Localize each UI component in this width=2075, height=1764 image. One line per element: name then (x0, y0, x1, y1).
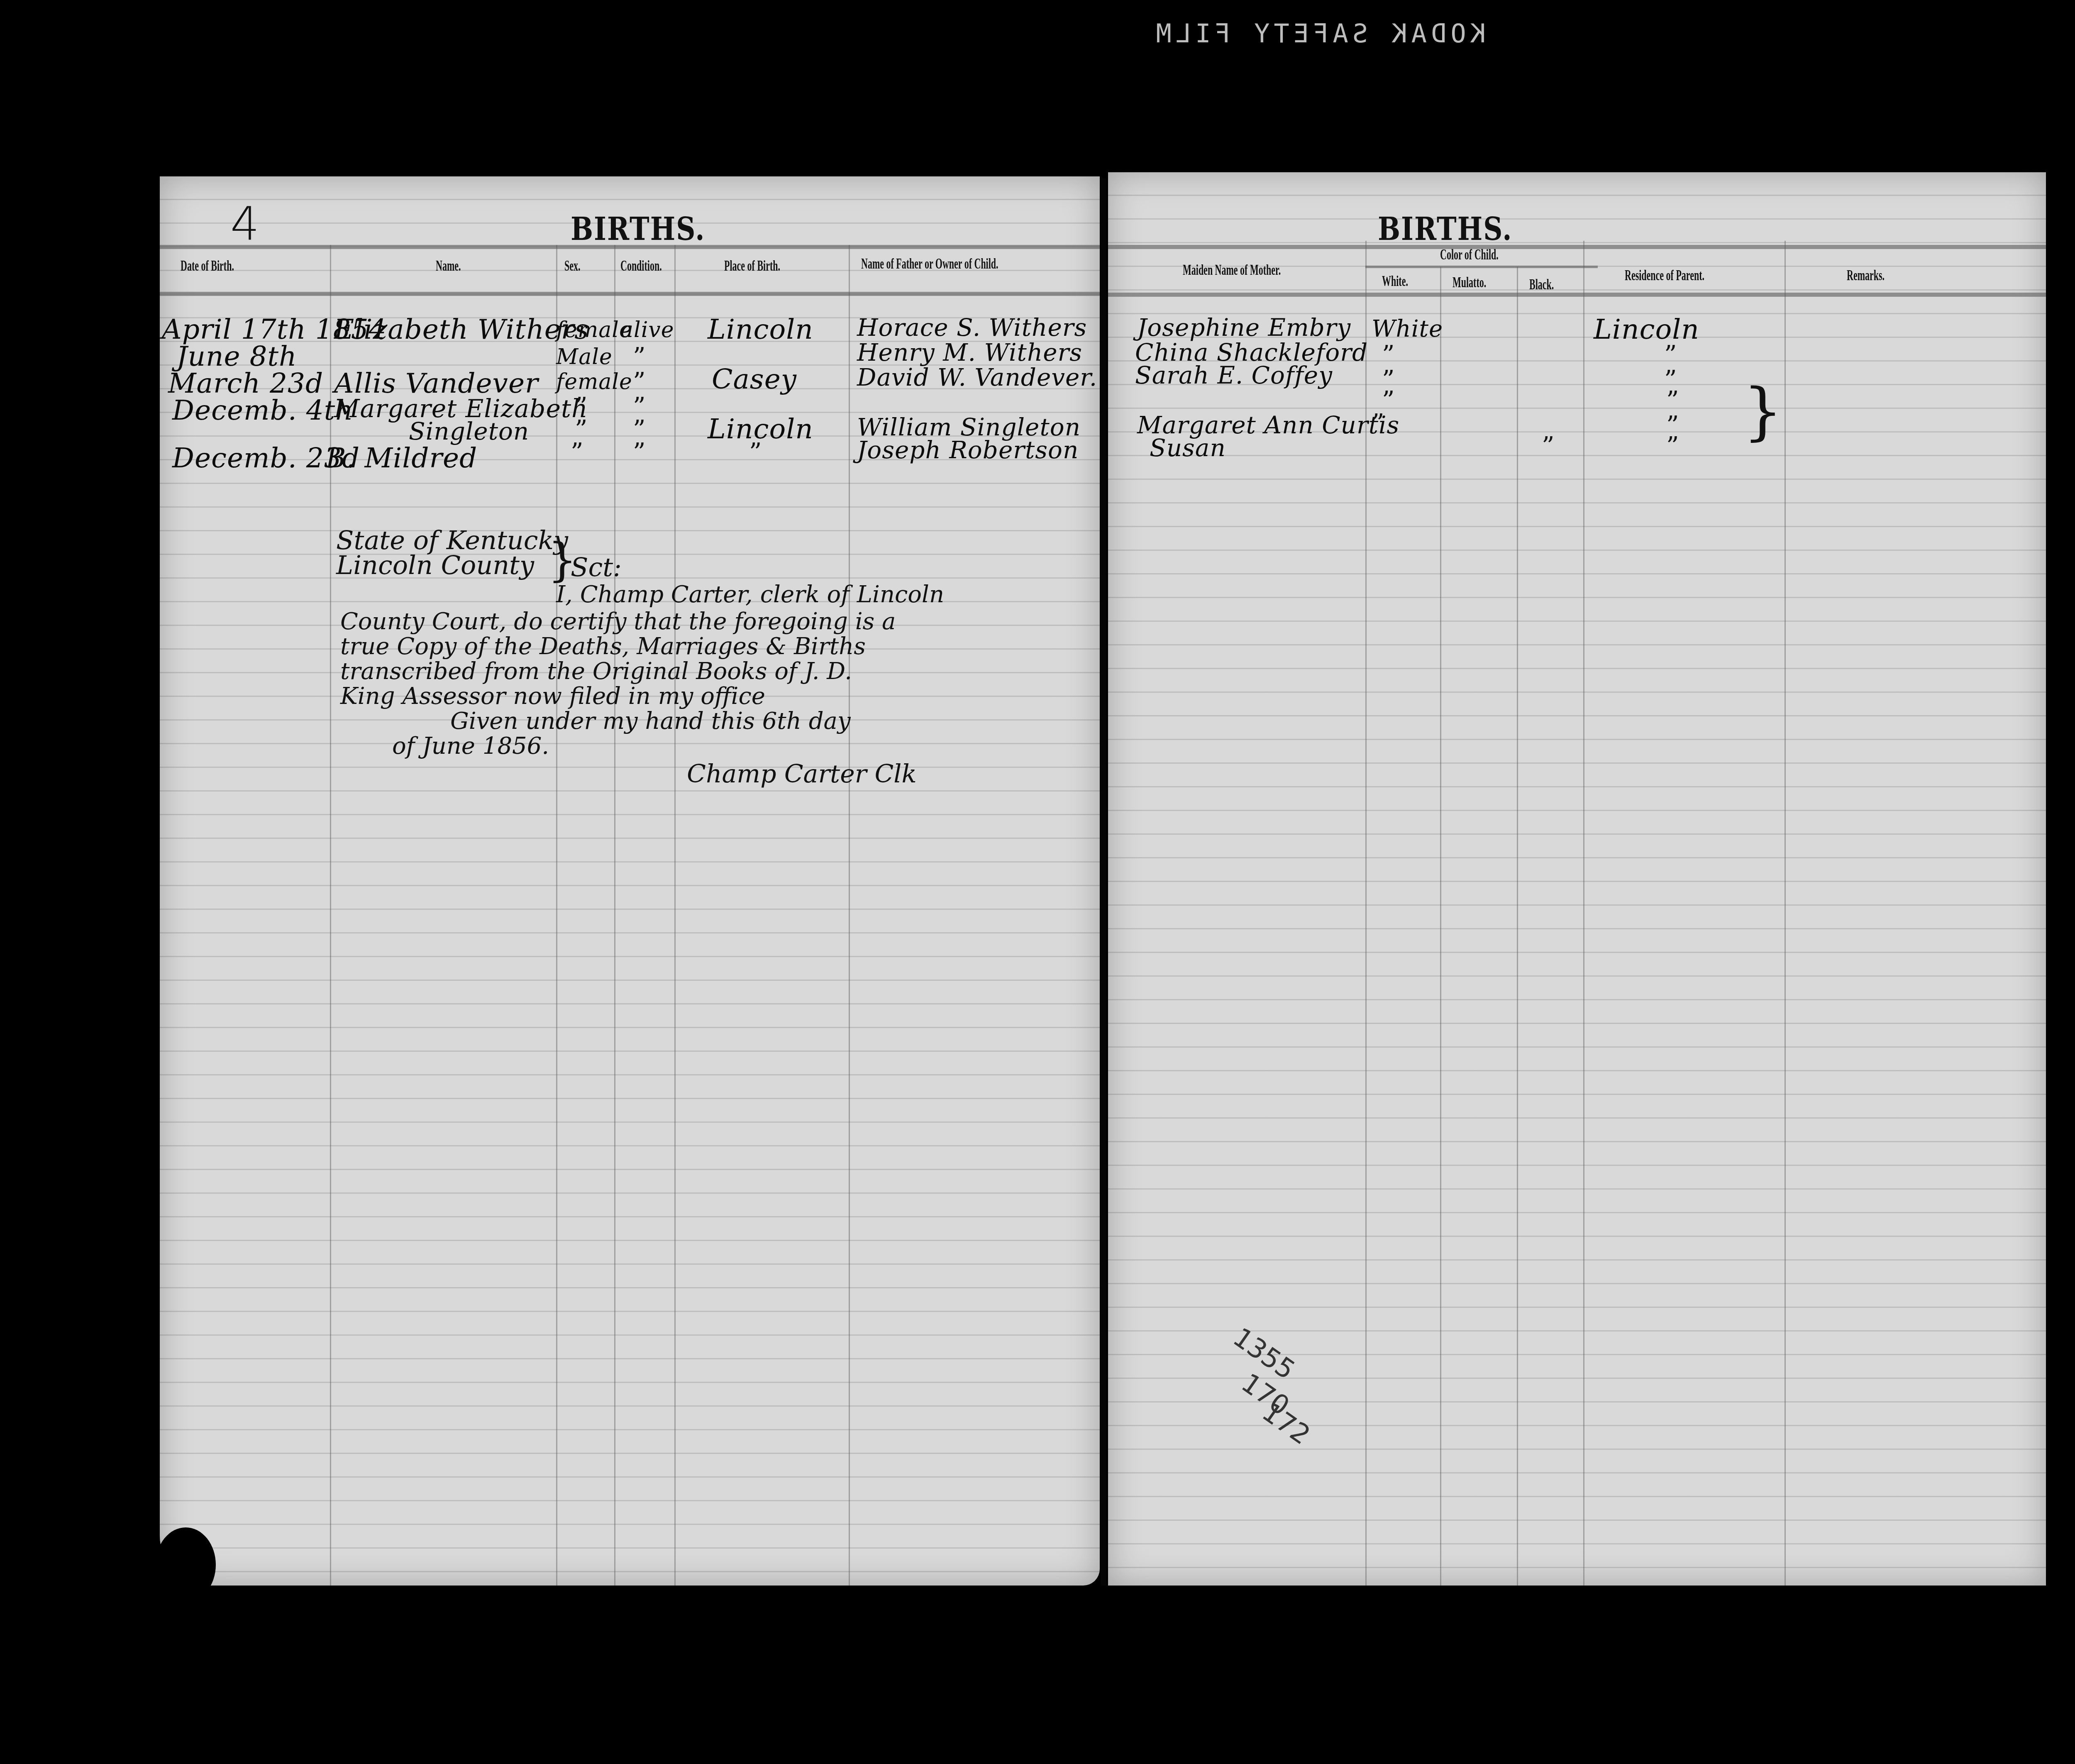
header-top-rule (160, 245, 1100, 249)
entry-mother: Josephine Embry (1137, 313, 1351, 342)
ditto-mark: ” (1372, 409, 1384, 438)
cert-line: transcribed from the Original Books of J… (340, 658, 852, 685)
col-header-white: White. (1382, 273, 1408, 290)
entry-name: B. Mildred (326, 442, 477, 474)
cert-sct: Sct: (571, 552, 622, 582)
entry-condition: alive (620, 318, 674, 342)
entry-white: White (1372, 315, 1443, 342)
entry-name: Singleton (409, 417, 529, 445)
header-top-rule (1108, 245, 2046, 249)
cert-line: true Copy of the Deaths, Marriages & Bir… (340, 633, 866, 660)
cert-line: Given under my hand this 6th day (450, 708, 851, 735)
entry-residence: Lincoln (1594, 313, 1699, 345)
column-divider (1784, 241, 1786, 1586)
col-header-mulatto: Mulatto. (1452, 274, 1486, 291)
entry-father: Horace S. Withers (857, 313, 1087, 342)
entry-sex: Male (556, 344, 613, 369)
edge-print-text: KODAK SAFETY FILM (1152, 18, 1486, 49)
cert-line: I, Champ Carter, clerk of Lincoln (556, 581, 944, 608)
col-header-color: Color of Child. (1440, 246, 1499, 264)
column-divider (674, 245, 676, 1586)
col-header-residence: Residence of Parent. (1625, 267, 1704, 284)
col-header-name: Name. (436, 257, 461, 275)
col-header-condition: Condition. (620, 257, 662, 275)
entry-father: Henry M. Withers (857, 338, 1082, 366)
col-header-place: Place of Birth. (724, 257, 780, 275)
film-edge-print: KODAK SAFETY FILM (407, 17, 1486, 50)
header-bottom-rule (1108, 293, 2046, 297)
column-divider (1440, 267, 1441, 1586)
ditto-mark: ” (1542, 432, 1555, 461)
col-header-mother: Maiden Name of Mother. (1183, 261, 1281, 279)
entry-father: David W. Vandever. (857, 363, 1097, 391)
column-divider (614, 245, 615, 1586)
column-divider (1365, 241, 1367, 1586)
cert-line: County Court, do certify that the forego… (340, 608, 896, 635)
ditto-mark: ” (571, 438, 583, 467)
cert-signature: Champ Carter Clk (687, 760, 917, 789)
remarks-brace: } (1743, 376, 1782, 448)
col-header-black: Black. (1529, 276, 1554, 293)
entry-place: Casey (712, 363, 797, 395)
column-divider (556, 245, 557, 1586)
film-damage-spot (156, 1527, 216, 1602)
page-title: BIRTHS. (571, 211, 705, 248)
entry-place: Lincoln (708, 313, 813, 345)
book-gutter (1101, 178, 1106, 1586)
cert-line: King Assessor now filed in my office (340, 683, 765, 710)
color-group-rule (1365, 266, 1598, 268)
entry-father: Joseph Robertson (857, 436, 1079, 464)
column-divider (1583, 241, 1584, 1586)
entry-sex: female (556, 369, 632, 394)
left-ledger-page: 4 BIRTHS. Date of Birth. Name. Sex. Cond… (160, 176, 1100, 1586)
column-divider (1517, 267, 1518, 1586)
cert-line: of June 1856. (392, 733, 549, 760)
ditto-mark: ” (633, 438, 646, 467)
col-header-father: Name of Father or Owner of Child. (861, 255, 998, 273)
page-number: 4 (230, 197, 259, 250)
column-divider (849, 245, 850, 1586)
col-header-date: Date of Birth. (181, 257, 234, 275)
header-bottom-rule (160, 292, 1100, 296)
col-header-remarks: Remarks. (1847, 267, 1885, 284)
entry-mother: Sarah E. Coffey (1135, 361, 1333, 389)
ditto-mark: ” (749, 438, 762, 467)
ditto-mark: ” (1666, 432, 1679, 461)
entry-mother: Susan (1150, 434, 1226, 462)
entry-name: Elizabeth Withers (334, 313, 589, 345)
page-title: BIRTHS. (1378, 211, 1512, 248)
right-ledger-page: BIRTHS. Maiden Name of Mother. Color of … (1108, 172, 2046, 1586)
col-header-sex: Sex. (564, 257, 581, 275)
entry-date: Decemb. 4th (172, 394, 354, 426)
cert-county: Lincoln County (336, 550, 534, 580)
